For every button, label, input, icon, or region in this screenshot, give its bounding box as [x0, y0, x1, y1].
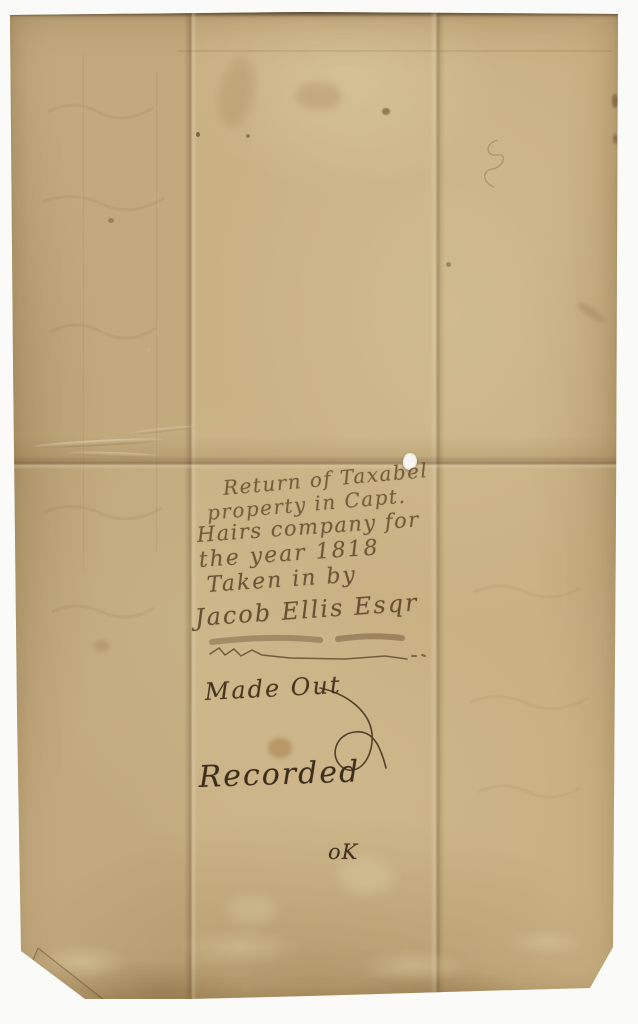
stain-spot [268, 738, 292, 758]
stain-spot [446, 262, 451, 267]
stain-spot [296, 82, 342, 110]
fold-line-vertical-left [184, 12, 197, 1004]
stain-spot [612, 94, 618, 108]
ok-mark: oK [328, 840, 358, 864]
stain-spot [575, 300, 606, 326]
bleed-through-ghost-writing [458, 552, 598, 852]
stain-spot [613, 134, 618, 144]
stain-spot [196, 132, 200, 137]
stain-spot [246, 134, 250, 138]
stain-spot [382, 108, 390, 115]
fold-line-vertical-right [430, 12, 445, 1004]
stain-spot [214, 56, 260, 131]
scanned-document-page: Return of Taxabel property in Capt. Hair… [0, 0, 638, 1024]
recorded-annotation: Recorded [198, 754, 361, 795]
bleed-through-ghost-writing [28, 82, 178, 702]
faint-crease [178, 50, 612, 52]
signature-underline-flourish [200, 630, 435, 668]
paper-sheet: Return of Taxabel property in Capt. Hair… [8, 12, 620, 1004]
pencil-squiggle [468, 134, 513, 194]
corner-fold-crease [16, 940, 111, 1006]
